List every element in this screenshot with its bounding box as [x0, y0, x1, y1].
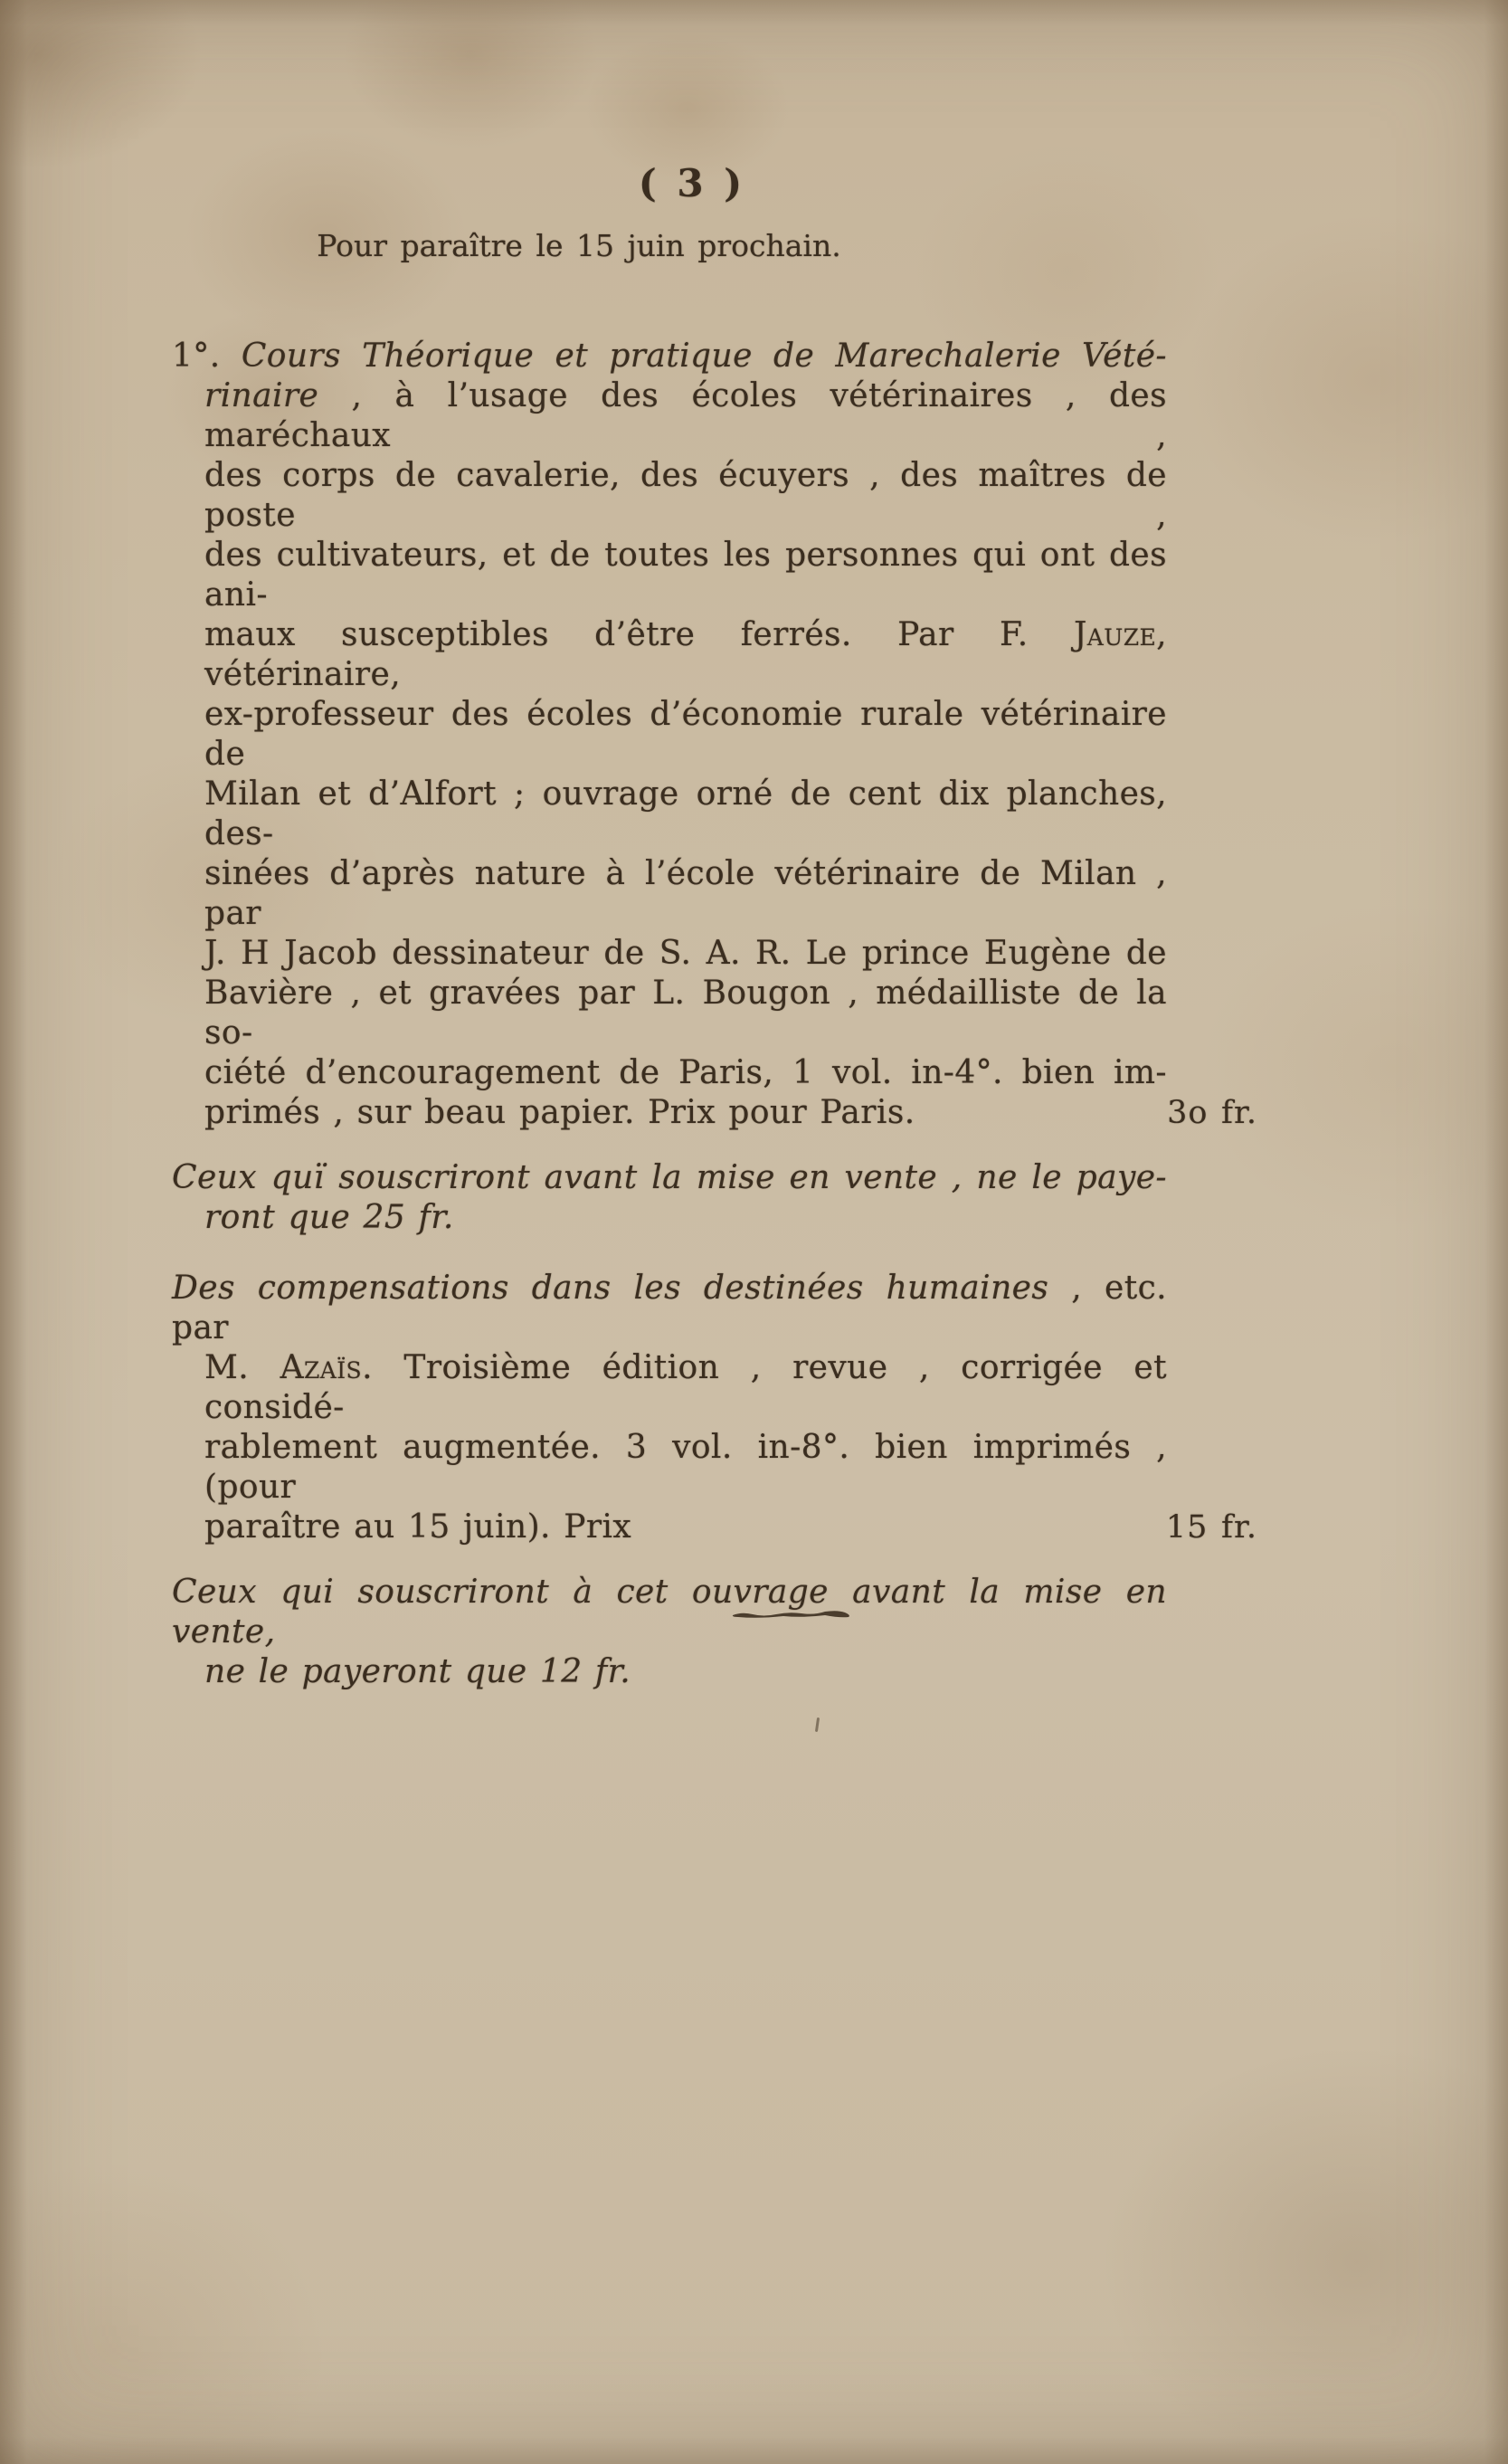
price: 15 fr. [1166, 1508, 1257, 1547]
text-line: Ceux quï souscriront avant la mise en ve… [172, 1158, 1167, 1198]
text-line: des cultivateurs, et de toutes les perso… [172, 536, 1167, 615]
ink-speck [815, 1717, 820, 1732]
text-segment: sinées d’après nature à l’école vétérina… [204, 855, 1167, 932]
text-line: ex-professeur des écoles d’économie rura… [172, 695, 1167, 775]
text-line: Ceux qui souscriront à cet ouvrage avant… [172, 1573, 1167, 1652]
text-line: primés , sur beau papier. Prix pour Pari… [172, 1093, 1167, 1133]
book-page: ( 3 ) Pour paraître le 15 juin prochain.… [0, 0, 1508, 2464]
text-segment: Bavière , et gravées par L. Bougon , méd… [204, 975, 1167, 1051]
book-entry: 1°. Cours Théorique et pratique de Marec… [172, 337, 1167, 1133]
text-segment: Azaïs [280, 1349, 362, 1386]
price: 3o fr. [1167, 1093, 1257, 1133]
text-segment: des cultivateurs, et de toutes les perso… [204, 537, 1167, 614]
text-line: Milan et d’Alfort ; ouvrage orné de cent… [172, 775, 1167, 854]
text-line: Bavière , et gravées par L. Bougon , méd… [172, 974, 1167, 1053]
text-segment: ront que 25 fr. [204, 1199, 454, 1236]
text-line: des corps de cavalerie, des écuyers , de… [172, 456, 1167, 536]
text-line: ne le payeront que 12 fr. [172, 1652, 1167, 1692]
text-blocks: 1°. Cours Théorique et pratique de Marec… [172, 337, 1167, 1692]
text-segment: 1°. [172, 338, 242, 375]
text-segment: des corps de cavalerie, des écuyers , de… [204, 457, 1167, 534]
page-number: ( 3 ) [194, 161, 1190, 205]
text-line: 1°. Cours Théorique et pratique de Marec… [172, 337, 1167, 376]
text-segment: maux susceptibles d’être ferrés. Par F. [204, 616, 1074, 653]
text-segment: rinaire [204, 377, 318, 414]
text-segment: Ceux qui souscriront à cet ouvrage avant… [172, 1574, 1167, 1651]
text-line: ciété d’encouragement de Paris, 1 vol. i… [172, 1053, 1167, 1093]
text-segment: rablement augmentée. 3 vol. in-8°. bien … [204, 1429, 1167, 1506]
text-segment: primés , sur beau papier. Prix pour Pari… [204, 1094, 915, 1131]
text-segment: Des compensations dans les destinées hum… [172, 1270, 1048, 1307]
text-line: maux susceptibles d’être ferrés. Par F. … [172, 615, 1167, 695]
text-segment: Cours Théorique et pratique de Marechale… [242, 338, 1167, 375]
text-line: rablement augmentée. 3 vol. in-8°. bien … [172, 1428, 1167, 1508]
text-segment: ciété d’encouragement de Paris, 1 vol. i… [204, 1054, 1167, 1091]
text-segment: ne le payeront que 12 fr. [204, 1653, 631, 1690]
text-segment: paraître au 15 juin). Prix [204, 1508, 631, 1546]
text-segment: Ceux quï souscriront avant la mise en ve… [172, 1159, 1167, 1196]
text-segment: , à l’usage des écoles vétérinaires , de… [204, 377, 1167, 454]
text-segment: Milan et d’Alfort ; ouvrage orné de cent… [204, 775, 1167, 852]
text-segment: Jauze [1074, 616, 1156, 653]
text-segment: ex-professeur des écoles d’économie rura… [204, 696, 1167, 773]
text-segment: J. H Jacob dessinateur de S. A. R. Le pr… [204, 935, 1167, 972]
book-entry: Des compensations dans les destinées hum… [172, 1269, 1167, 1547]
subscription-note: Ceux qui souscriront à cet ouvrage avant… [172, 1573, 1167, 1692]
text-line: rinaire , à l’usage des écoles vétérinai… [172, 376, 1167, 456]
text-line: Des compensations dans les destinées hum… [172, 1269, 1167, 1348]
subscription-note: Ceux quï souscriront avant la mise en ve… [172, 1158, 1167, 1238]
text-line: M. Azaïs. Troisième édition , revue , co… [172, 1348, 1167, 1428]
page-subtitle: Pour paraître le 15 juin prochain. [81, 228, 1076, 263]
text-segment: M. [204, 1349, 280, 1386]
text-line: sinées d’après nature à l’école vétérina… [172, 854, 1167, 934]
text-line: ront que 25 fr. [172, 1198, 1167, 1238]
text-line: paraître au 15 juin). Prix15 fr. [172, 1508, 1167, 1547]
text-line: J. H Jacob dessinateur de S. A. R. Le pr… [172, 934, 1167, 974]
decorative-rule [731, 1607, 858, 1620]
